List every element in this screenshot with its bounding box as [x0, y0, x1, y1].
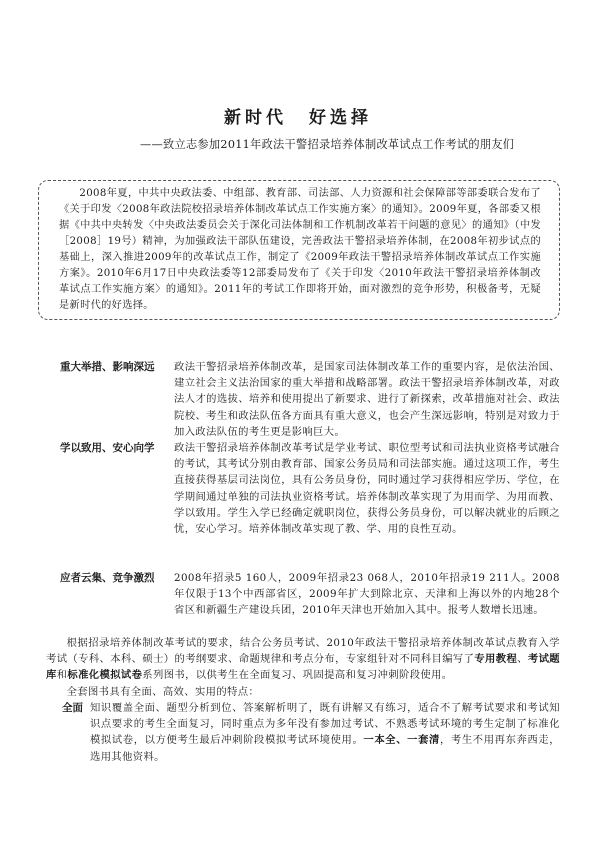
section-learn-to-apply: 学以致用、安心向学 政法干警招录培养体制改革考试是学业考试、职位型考试和司法执业…: [60, 440, 560, 537]
intro-paragraph: 2008年夏，中共中央政法委、中组部、教育部、司法部、人力资源和社会保障部等部委…: [59, 186, 541, 314]
page-title: 新时代好选择: [0, 103, 596, 128]
section-fierce-competition: 应者云集、竞争激烈 2008年招录5 160人，2009年招录23 068人，2…: [60, 570, 560, 619]
book-series-name: 专用教程: [474, 653, 517, 665]
title-part-2: 好选择: [309, 108, 372, 128]
section-text: 政法干警招录培养体制改革考试是学业考试、职位型考试和司法执业资格考试融合的考试，…: [174, 440, 560, 537]
section-major-measure: 重大举措、影响深远 政法干警招录培养体制改革，是国家司法体制改革工作的重要内容，…: [60, 359, 560, 440]
feature-comprehensive: 全面 知识覆盖全面、题型分析到位、答案解析明了，既有讲解又有练习，适合不了解考试…: [62, 700, 560, 765]
section-text: 政法干警招录培养体制改革，是国家司法体制改革工作的重要内容，是依法治国、建立社会…: [174, 359, 560, 440]
features-intro: 全套图书具有全面、高效、实用的特点：: [46, 684, 560, 700]
section-heading: 学以致用、安心向学: [60, 440, 174, 537]
books-paragraph: 根据招录培养体制改革考试的要求，结合公务员考试、2010年政法干警招录培养体制改…: [46, 635, 560, 684]
feature-text: 知识覆盖全面、题型分析到位、答案解析明了，既有讲解又有练习，适合不了解考试要求和…: [90, 700, 560, 765]
section-heading: 重大举措、影响深远: [60, 359, 174, 440]
book-series-name: 标准化模拟试卷: [67, 669, 142, 681]
feature-heading: 全面: [62, 700, 90, 765]
subtitle: ——致立志参加2011年政法干警招录培养体制改革试点工作考试的朋友们: [140, 136, 580, 152]
section-text: 2008年招录5 160人，2009年招录23 068人，2010年招录19 2…: [174, 570, 560, 619]
intro-box: 2008年夏，中共中央政法委、中组部、教育部、司法部、人力资源和社会保障部等部委…: [38, 180, 560, 320]
title-part-1: 新时代: [224, 108, 287, 128]
section-heading: 应者云集、竞争激烈: [60, 570, 174, 619]
feature-slogan: 一本全、一套清: [363, 734, 440, 746]
